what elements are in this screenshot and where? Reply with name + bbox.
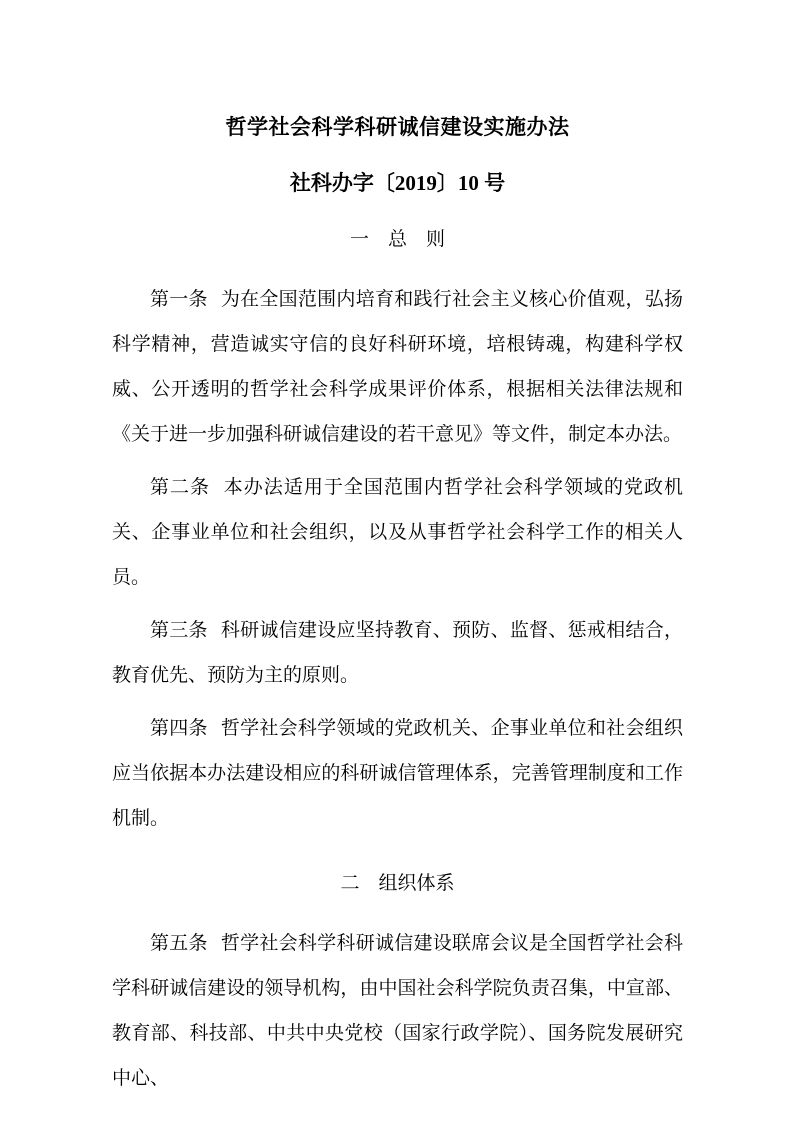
paragraph-article-3: 第三条 科研诚信建设应坚持教育、预防、监督、惩戒相结合，教育优先、预防为主的原则… [112, 608, 683, 698]
section-heading-organizational-system: 二 组织体系 [112, 874, 683, 894]
document-number: 社科办字〔2019〕10 号 [112, 169, 683, 197]
document-title: 哲学社会科学科研诚信建设实施办法 [112, 113, 683, 141]
paragraph-article-1: 第一条 为在全国范围内培育和践行社会主义核心价值观，弘扬科学精神，营造诚实守信的… [112, 277, 683, 457]
paragraph-article-4: 第四条 哲学社会科学领域的党政机关、企事业单位和社会组织应当依据本办法建设相应的… [112, 706, 683, 841]
paragraph-article-5: 第五条 哲学社会科学科研诚信建设联席会议是全国哲学社会科学科研诚信建设的领导机构… [112, 921, 683, 1101]
paragraph-article-2: 第二条 本办法适用于全国范围内哲学社会科学领域的党政机关、企事业单位和社会组织，… [112, 465, 683, 600]
document-page: 哲学社会科学科研诚信建设实施办法 社科办字〔2019〕10 号 一 总 则 第一… [0, 0, 793, 1122]
section-heading-general-provisions: 一 总 则 [112, 230, 683, 250]
